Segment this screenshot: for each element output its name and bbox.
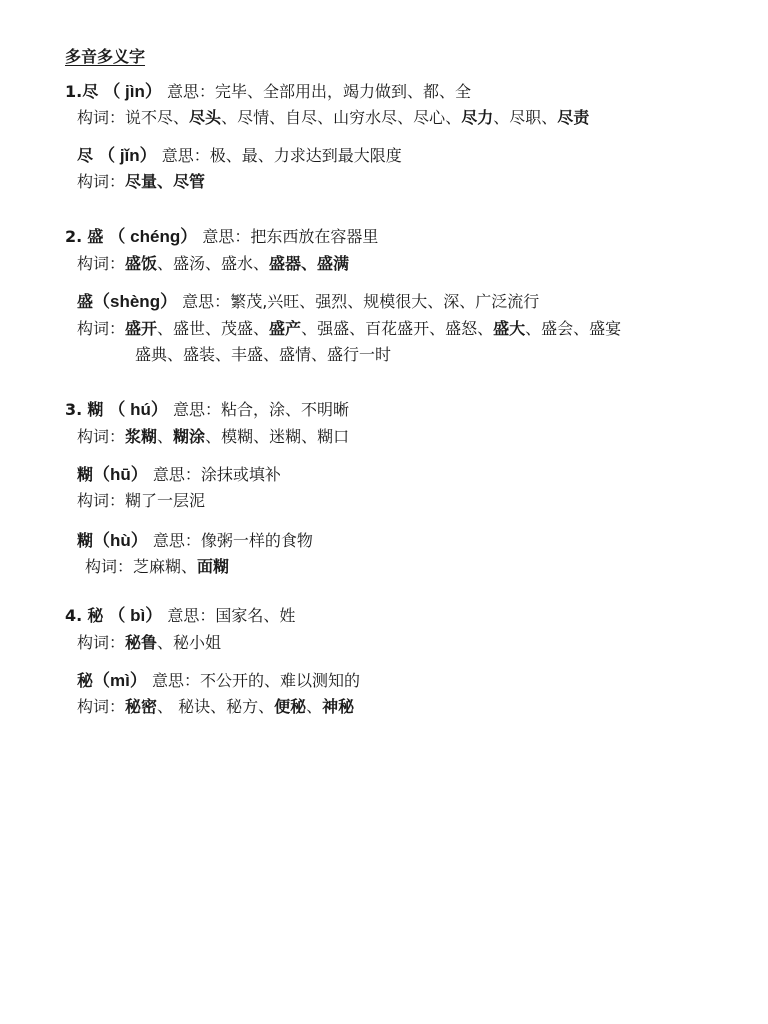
entry-heading: 1.尽 （ jìn） 意思：完毕、全部用出，竭力做到、都、全 (65, 82, 471, 102)
word-segment: 尽情 (237, 108, 269, 127)
entry-char: 糊 (77, 531, 93, 550)
word-segment: 、 (445, 108, 461, 127)
word-items: 秘鲁、秘小姐 (125, 633, 221, 652)
entry-heading: 秘（mì） 意思：不公开的、难以测知的 (77, 671, 360, 691)
meaning-label: 意思： (152, 671, 200, 690)
word-segment: 、 (397, 108, 413, 127)
document-title: 多音多义字 (65, 44, 145, 67)
word-segment: 、 (269, 108, 285, 127)
meaning-text: 像粥一样的食物 (201, 531, 313, 550)
entry-heading: 糊（hū） 意思：涂抹或填补 (77, 465, 281, 485)
word-segment: 自尽 (285, 108, 317, 127)
word-items: 浆糊、糊涂、模糊、迷糊、糊口 (125, 427, 349, 446)
entry-char: 尽 (82, 82, 98, 101)
words-label: 构词： (77, 633, 125, 652)
entry-heading: 糊（hù） 意思：像粥一样的食物 (77, 531, 313, 551)
entry-char: 糊 (77, 465, 93, 484)
word-list: 构词：芝麻糊、面糊 (85, 557, 229, 577)
word-segment: 便秘 (274, 697, 306, 716)
meaning-label: 意思： (182, 292, 230, 311)
word-segment: 、模糊、迷糊、糊口 (205, 427, 349, 446)
entry-char: 秘 (77, 671, 93, 690)
word-segment: 、强盛、百花盛开、盛怒、 (301, 319, 493, 338)
entry-heading: 尽 （ jǐn） 意思：极、最、力求达到最大限度 (77, 146, 402, 166)
entry-number: 3. (65, 400, 82, 419)
word-segment: 尽力 (461, 108, 493, 127)
word-segment: 、盛会、盛宴 (525, 319, 621, 338)
word-segment: 神秘 (322, 697, 354, 716)
word-list-continued: 盛典、盛装、丰盛、盛情、盛行一时 (135, 345, 391, 365)
word-segment: 尽量、尽管 (125, 172, 205, 191)
entry-char: 尽 (77, 146, 93, 165)
words-label: 构词： (77, 108, 125, 127)
word-segment: 、秘小姐 (157, 633, 221, 652)
meaning-label: 意思： (167, 82, 215, 101)
entry-pinyin: （mì） (93, 671, 147, 690)
entry-pinyin: （hù） (93, 531, 148, 550)
word-items: 盛开、盛世、茂盛、盛产、强盛、百花盛开、盛怒、盛大、盛会、盛宴 (125, 319, 621, 338)
word-segment: 、 (221, 108, 237, 127)
word-segment: 、盛汤、盛水、 (157, 254, 269, 273)
word-segment: 山穷水尽 (333, 108, 397, 127)
word-list: 构词：盛开、盛世、茂盛、盛产、强盛、百花盛开、盛怒、盛大、盛会、盛宴 (77, 319, 621, 339)
document-page: 多音多义字 1.尽 （ jìn） 意思：完毕、全部用出，竭力做到、都、全 构词：… (0, 0, 768, 1024)
words-label: 构词： (85, 557, 133, 576)
entry-char: 盛 (77, 292, 93, 311)
words-label: 构词： (77, 427, 125, 446)
entry-pinyin: （ jìn） (103, 82, 162, 101)
word-items: 盛饭、盛汤、盛水、盛器、盛满 (125, 254, 349, 273)
entry-heading: 4. 秘 （ bì） 意思：国家名、姓 (65, 606, 295, 626)
entry-pinyin: （shèng） (93, 292, 177, 311)
word-segment: 糊了一层泥 (125, 491, 205, 510)
word-segment: 尽头 (189, 108, 221, 127)
meaning-text: 不公开的、难以测知的 (200, 671, 360, 690)
word-segment: 尽责 (557, 108, 589, 127)
word-segment: 、 秘诀、秘方、 (157, 697, 274, 716)
entry-number: 1. (65, 82, 82, 101)
words-label: 构词： (77, 172, 125, 191)
word-segment: 、盛世、茂盛、 (157, 319, 269, 338)
meaning-text: 涂抹或填补 (201, 465, 281, 484)
meaning-label: 意思： (173, 400, 221, 419)
word-segment: 糊涂 (173, 427, 205, 446)
meaning-label: 意思： (202, 227, 250, 246)
word-list: 构词：浆糊、糊涂、模糊、迷糊、糊口 (77, 427, 349, 447)
word-segment: 浆糊 (125, 427, 157, 446)
meaning-label: 意思： (153, 531, 201, 550)
meaning-text: 粘合，涂、不明晰 (221, 400, 349, 419)
entry-char: 糊 (87, 400, 103, 419)
entry-pinyin: （ chéng） (108, 227, 197, 246)
words-label: 构词： (77, 319, 125, 338)
word-segment: 盛器、盛满 (269, 254, 349, 273)
word-segment: 盛开 (125, 319, 157, 338)
meaning-text: 把东西放在容器里 (250, 227, 378, 246)
word-segment: 、 (173, 108, 189, 127)
word-segment: 面糊 (197, 557, 229, 576)
word-segment: 秘鲁 (125, 633, 157, 652)
word-segment: 芝麻糊、 (133, 557, 197, 576)
word-segment: 、 (317, 108, 333, 127)
entry-pinyin: （ hú） (108, 400, 168, 419)
word-segment: 秘密 (125, 697, 157, 716)
word-items: 秘密、 秘诀、秘方、便秘、神秘 (125, 697, 354, 716)
word-segment: 盛饭 (125, 254, 157, 273)
entry-pinyin: （ jǐn） (98, 146, 157, 165)
word-list: 构词：盛饭、盛汤、盛水、盛器、盛满 (77, 254, 349, 274)
meaning-label: 意思： (167, 606, 215, 625)
word-segment: 、 (493, 108, 509, 127)
word-segment: 、 (157, 427, 173, 446)
word-items: 尽量、尽管 (125, 172, 205, 191)
word-list: 构词：糊了一层泥 (77, 491, 205, 511)
word-list: 构词：秘鲁、秘小姐 (77, 633, 221, 653)
word-segment: 尽职 (509, 108, 541, 127)
word-items: 芝麻糊、面糊 (133, 557, 229, 576)
meaning-text: 完毕、全部用出，竭力做到、都、全 (215, 82, 471, 101)
words-label: 构词： (77, 491, 125, 510)
word-items: 说不尽、尽头、尽情、自尽、山穷水尽、尽心、尽力、尽职、尽责 (125, 108, 589, 127)
word-list: 构词：秘密、 秘诀、秘方、便秘、神秘 (77, 697, 354, 717)
words-label: 构词： (77, 697, 125, 716)
word-segment: 盛产 (269, 319, 301, 338)
words-label: 构词： (77, 254, 125, 273)
word-items: 糊了一层泥 (125, 491, 205, 510)
entry-pinyin: （hū） (93, 465, 148, 484)
entry-number: 4. (65, 606, 82, 625)
entry-char: 秘 (87, 606, 103, 625)
word-list: 构词：说不尽、尽头、尽情、自尽、山穷水尽、尽心、尽力、尽职、尽责 (77, 108, 589, 128)
word-segment: 、 (541, 108, 557, 127)
meaning-text: 国家名、姓 (215, 606, 295, 625)
word-segment: 、 (306, 697, 322, 716)
word-list: 构词：尽量、尽管 (77, 172, 205, 192)
entry-heading: 盛（shèng） 意思：繁茂,兴旺、强烈、规模很大、深、广泛流行 (77, 292, 539, 312)
word-segment: 尽心 (413, 108, 445, 127)
meaning-text: 极、最、力求达到最大限度 (210, 146, 402, 165)
entry-pinyin: （ bì） (108, 606, 162, 625)
entry-heading: 2. 盛 （ chéng） 意思：把东西放在容器里 (65, 227, 378, 247)
word-segment: 盛大 (493, 319, 525, 338)
meaning-text: 繁茂,兴旺、强烈、规模很大、深、广泛流行 (230, 292, 539, 311)
meaning-label: 意思： (162, 146, 210, 165)
entry-number: 2. (65, 227, 82, 246)
meaning-label: 意思： (153, 465, 201, 484)
word-segment: 说不尽 (125, 108, 173, 127)
entry-heading: 3. 糊 （ hú） 意思：粘合，涂、不明晰 (65, 400, 349, 420)
entry-char: 盛 (87, 227, 103, 246)
